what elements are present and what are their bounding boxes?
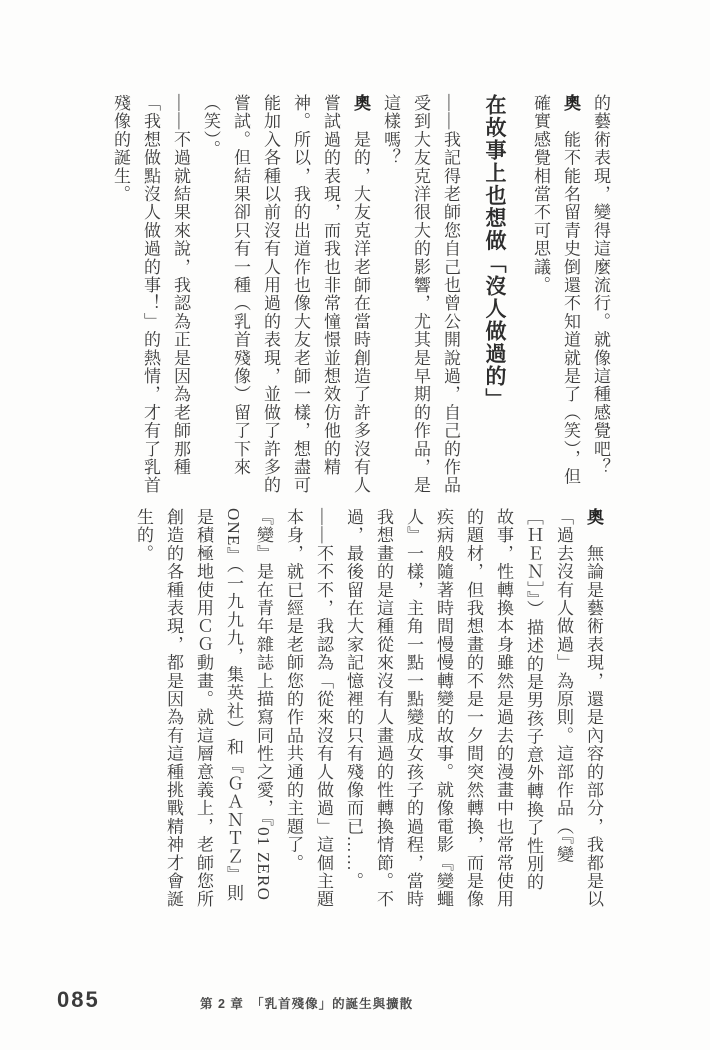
text-column: （笑）。 <box>195 94 225 524</box>
text-column: 能加入各種以前沒有人用過的表現，並做了許多的 <box>255 94 285 524</box>
text-column: 我想畫的是這種從來沒有人畫過的性轉換情節。不 <box>368 508 398 963</box>
speaker-label: 奧 <box>351 94 370 112</box>
text-column: 本身，就已經是老師您的作品共通的主題了。 <box>278 508 308 963</box>
text-column: ONE』（一九九九，集英社）和『ＧＡＮＴＺ』則 <box>218 508 248 963</box>
text-column: 『變』是在青年雜誌上描寫同性之愛，『01 ZERO <box>248 508 278 963</box>
text-column: 人』一樣，主角一點一點變成女孩子的過程，當時 <box>398 508 428 963</box>
text-column: 奧 是的，大友克洋老師在當時創造了許多沒有人 <box>345 94 375 524</box>
section-heading: 在故事上也想做「沒人做過的」 <box>478 94 512 524</box>
text-column: 確實感覺相當不可思議。 <box>525 94 555 524</box>
text-column: 是積極地使用ＣＧ動畫。就這層意義上，老師您所 <box>188 508 218 963</box>
text-column: 故事，性轉換本身雖然是過去的漫畫中也常常使用 <box>488 508 518 963</box>
text-column: 的藝術表現，變得這麼流行。就像這種感覺吧？ <box>585 94 615 524</box>
text-column: 奧 能不能名留青史倒還不知道就是了（笑），但 <box>555 94 585 524</box>
speaker-label: 奧 <box>561 94 580 112</box>
text-column: 過，最後留在大家記憶裡的只有殘像而已……。 <box>338 508 368 963</box>
footer-chapter-title: 第 2 章 「乳首殘像」的誕生與擴散 <box>200 994 413 1012</box>
text-column: ——不過就結果來說，我認為正是因為老師那種 <box>165 94 195 524</box>
text-column: 這樣嗎？ <box>375 94 405 524</box>
text-column: 疾病般隨著時間慢慢轉變的故事。就像電影『變蠅 <box>428 508 458 963</box>
text-column: 神。所以，我的出道作也像大友老師一樣，想盡可 <box>285 94 315 524</box>
text-column: 生的。 <box>128 508 158 963</box>
speaker-label: 奧 <box>584 508 603 526</box>
text-column: 殘像的誕生。 <box>105 94 135 524</box>
text-column: ［ＨＥＮ］』）描述的是男孩子意外轉換了性別的 <box>518 508 548 963</box>
text-column: 創造的各種表現，都是因為有這種挑戰精神才會誕 <box>158 508 188 963</box>
text-column: 嘗試。但結果卻只有一種（乳首殘像）留了下來 <box>225 94 255 524</box>
text-column: 奧 無論是藝術表現，還是內容的部分，我都是以 <box>578 508 608 963</box>
text-column: ——我記得老師您自己也曾公開說過，自己的作品 <box>435 94 465 524</box>
text-column: 「過去沒有人做過」為原則。這部作品（『變 <box>548 508 578 963</box>
page-footer: 085 第 2 章 「乳首殘像」的誕生與擴散 <box>0 984 710 1016</box>
text-column: ——不不不，我認為「從來沒有人做過」這個主題 <box>308 508 338 963</box>
text-column: 的題材，但我想畫的不是一夕間突然轉換，而是像 <box>458 508 488 963</box>
book-page: 的藝術表現，變得這麼流行。就像這種感覺吧？奧 能不能名留青史倒還不知道就是了（笑… <box>0 0 710 1050</box>
text-column: 受到大友克洋很大的影響，尤其是早期的作品，是 <box>405 94 435 524</box>
top-text-block: 的藝術表現，變得這麼流行。就像這種感覺吧？奧 能不能名留青史倒還不知道就是了（笑… <box>105 94 615 524</box>
bottom-text-block: 奧 無論是藝術表現，還是內容的部分，我都是以「過去沒有人做過」為原則。這部作品（… <box>128 508 608 963</box>
text-column: 「我想做點沒人做過的事！」的熱情，才有了乳首 <box>135 94 165 524</box>
text-column: 嘗試過的表現，而我也非常憧憬並想效仿他的精 <box>315 94 345 524</box>
page-number: 085 <box>57 987 100 1013</box>
